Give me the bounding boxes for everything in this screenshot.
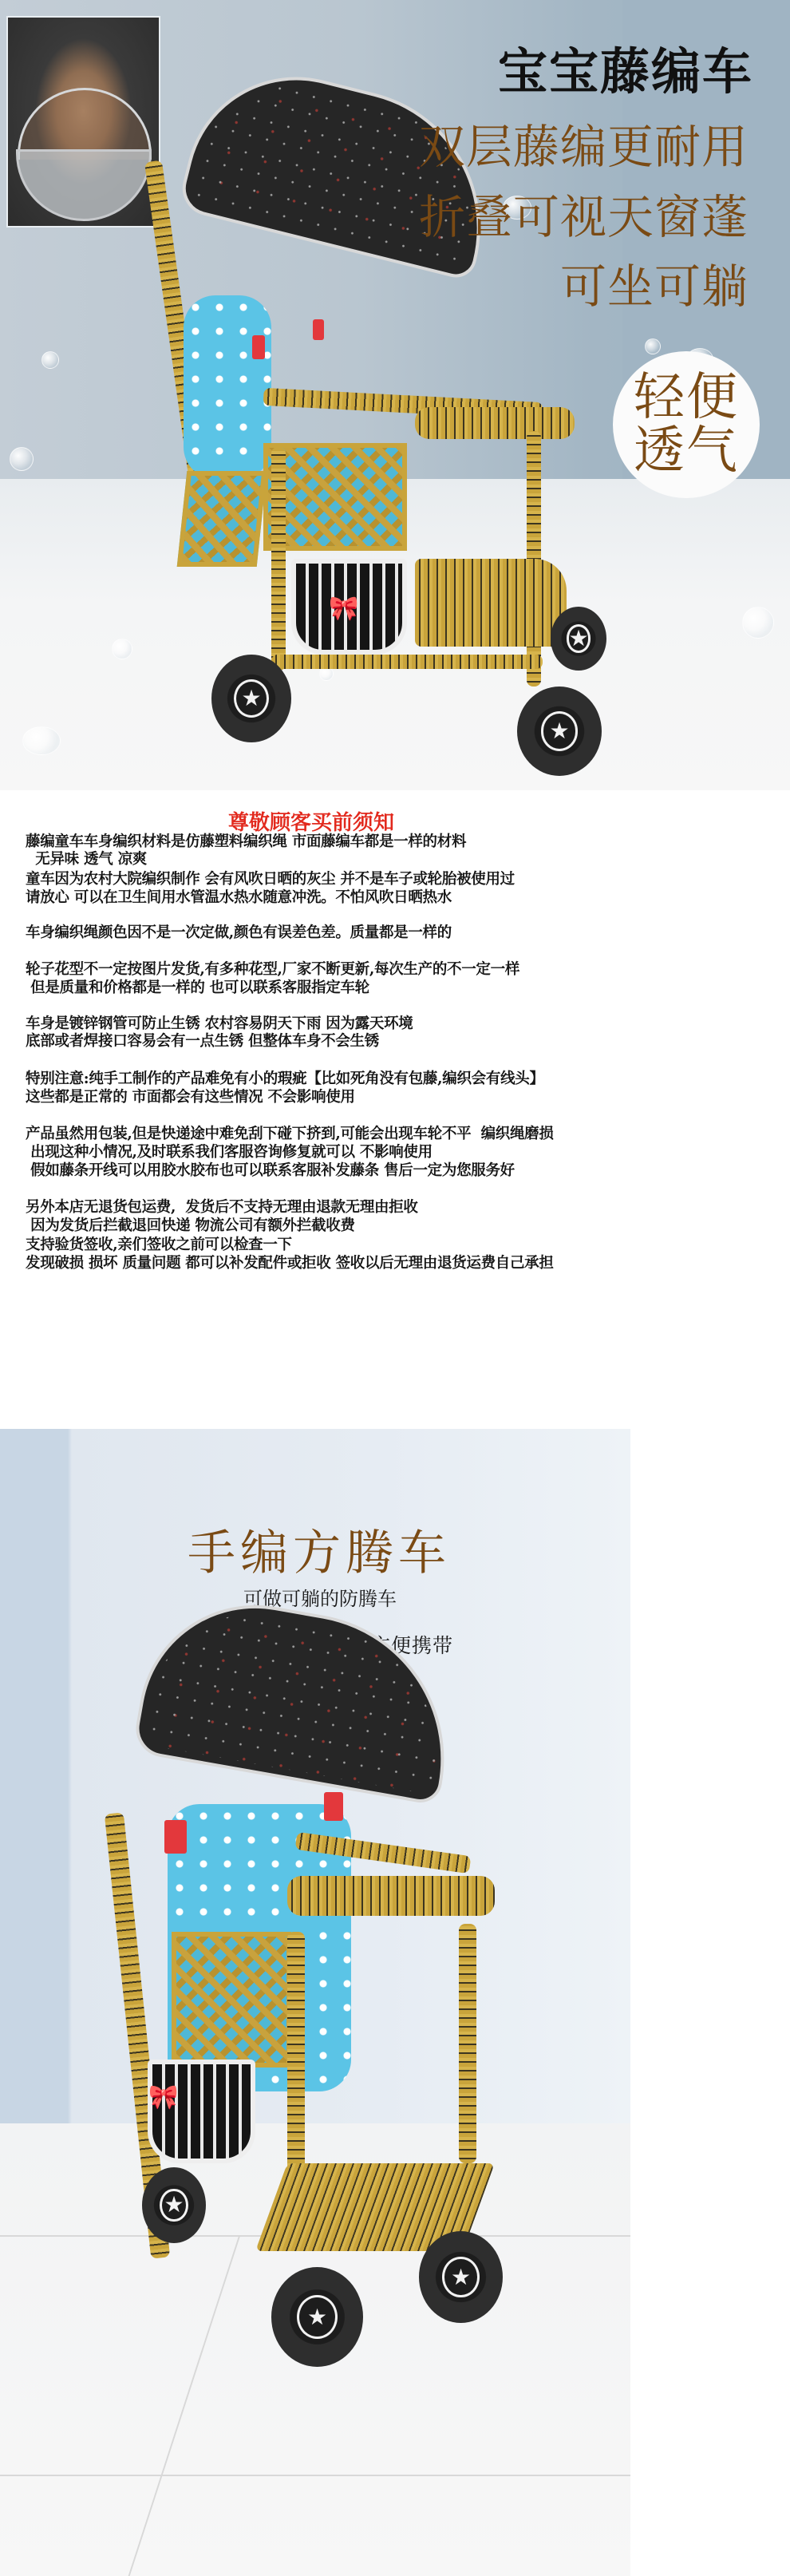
star-icon: ★	[234, 679, 269, 718]
badge-line-2: 透气	[634, 425, 739, 478]
handle-pad	[313, 319, 324, 340]
notice-line: 发现破损 损坏 质量问题 都可以补发配件或拒收 签收以后无理由退货运费自己承担	[26, 1252, 554, 1272]
star-icon: ★	[297, 2295, 338, 2339]
star-icon: ★	[567, 624, 591, 652]
rattan-front-panel	[172, 1932, 291, 2068]
product-section-2: 手编方腾车 可做可躺的防腾车 透气性好，易清洗，方便携带 🎀 ★ ★ ★	[0, 1429, 790, 2576]
notice-line: 无异味 透气 凉爽	[26, 848, 147, 869]
wheel: ★	[551, 607, 606, 671]
notice-line: 请放心 可以在卫生间用水管温水热水随意冲洗。不怕风吹日晒热水	[26, 886, 452, 907]
feature-line-3: 可坐可躺	[560, 263, 749, 310]
bow-decoration-icon: 🎀	[329, 595, 358, 623]
feature-line-1: 双层藤编更耐用	[419, 124, 749, 170]
notice-line: 底部或者焊接口容易会有一点生锈 但整体车身不会生锈	[26, 1030, 379, 1051]
notice-line: 假如藤条开线可以用胶水胶布也可以联系客服补发藤条 售后一定为您服务好	[26, 1159, 515, 1180]
hero-banner: 🎀 ★ ★ ★ 宝宝藤编车 双层藤编更耐用 折叠可视天窗蓬 可坐可躺 轻便 透气	[0, 0, 790, 790]
rattan-footrest	[415, 559, 567, 647]
feature-badge: 轻便 透气	[613, 351, 760, 498]
purchase-notice: 尊敬顾客买前须知 藤编童车车身编织材料是仿藤塑料编织绳 市面藤编车都是一样的材料…	[0, 790, 790, 1425]
stroller-image-2: 🎀 ★ ★ ★	[0, 1429, 630, 2576]
rattan-tray-top	[287, 1876, 495, 1916]
feature-line-2: 折叠可视天窗蓬	[419, 194, 749, 240]
notice-line: 这些都是正常的 市面都会有这些情况 不会影响使用	[26, 1086, 355, 1106]
wheel: ★	[142, 2167, 206, 2243]
seat-cushion	[184, 295, 271, 479]
notice-line: 但是质量和价格都是一样的 也可以联系客服指定车轮	[26, 976, 369, 997]
handle-pad	[252, 335, 265, 359]
handle-pad	[164, 1820, 187, 1854]
handle-pad	[324, 1792, 343, 1821]
wheel: ★	[517, 687, 602, 776]
star-icon: ★	[442, 2257, 479, 2297]
rattan-side-basket	[177, 471, 267, 567]
wheel: ★	[211, 655, 291, 742]
star-icon: ★	[541, 711, 579, 750]
rattan-bottom-bar	[271, 655, 543, 669]
notice-line: 车身编织绳颜色因不是一次定做,颜色有误差色差。质量都是一样的	[26, 921, 452, 942]
notice-line: 因为发货后拦截退回快递 物流公司有额外拦截收费	[26, 1214, 355, 1235]
bow-decoration-icon: 🎀	[148, 2083, 178, 2111]
front-basket	[148, 2060, 255, 2163]
star-icon: ★	[160, 2189, 188, 2222]
wheel: ★	[419, 2231, 503, 2323]
stroller-canopy	[132, 1587, 468, 1806]
rattan-front-leg	[271, 447, 286, 671]
wheel: ★	[271, 2267, 363, 2367]
hero-title: 宝宝藤编车	[498, 32, 753, 103]
badge-line-1: 轻便	[634, 371, 739, 425]
rattan-rear-leg	[459, 1924, 476, 2163]
rattan-tray-top	[415, 407, 575, 439]
